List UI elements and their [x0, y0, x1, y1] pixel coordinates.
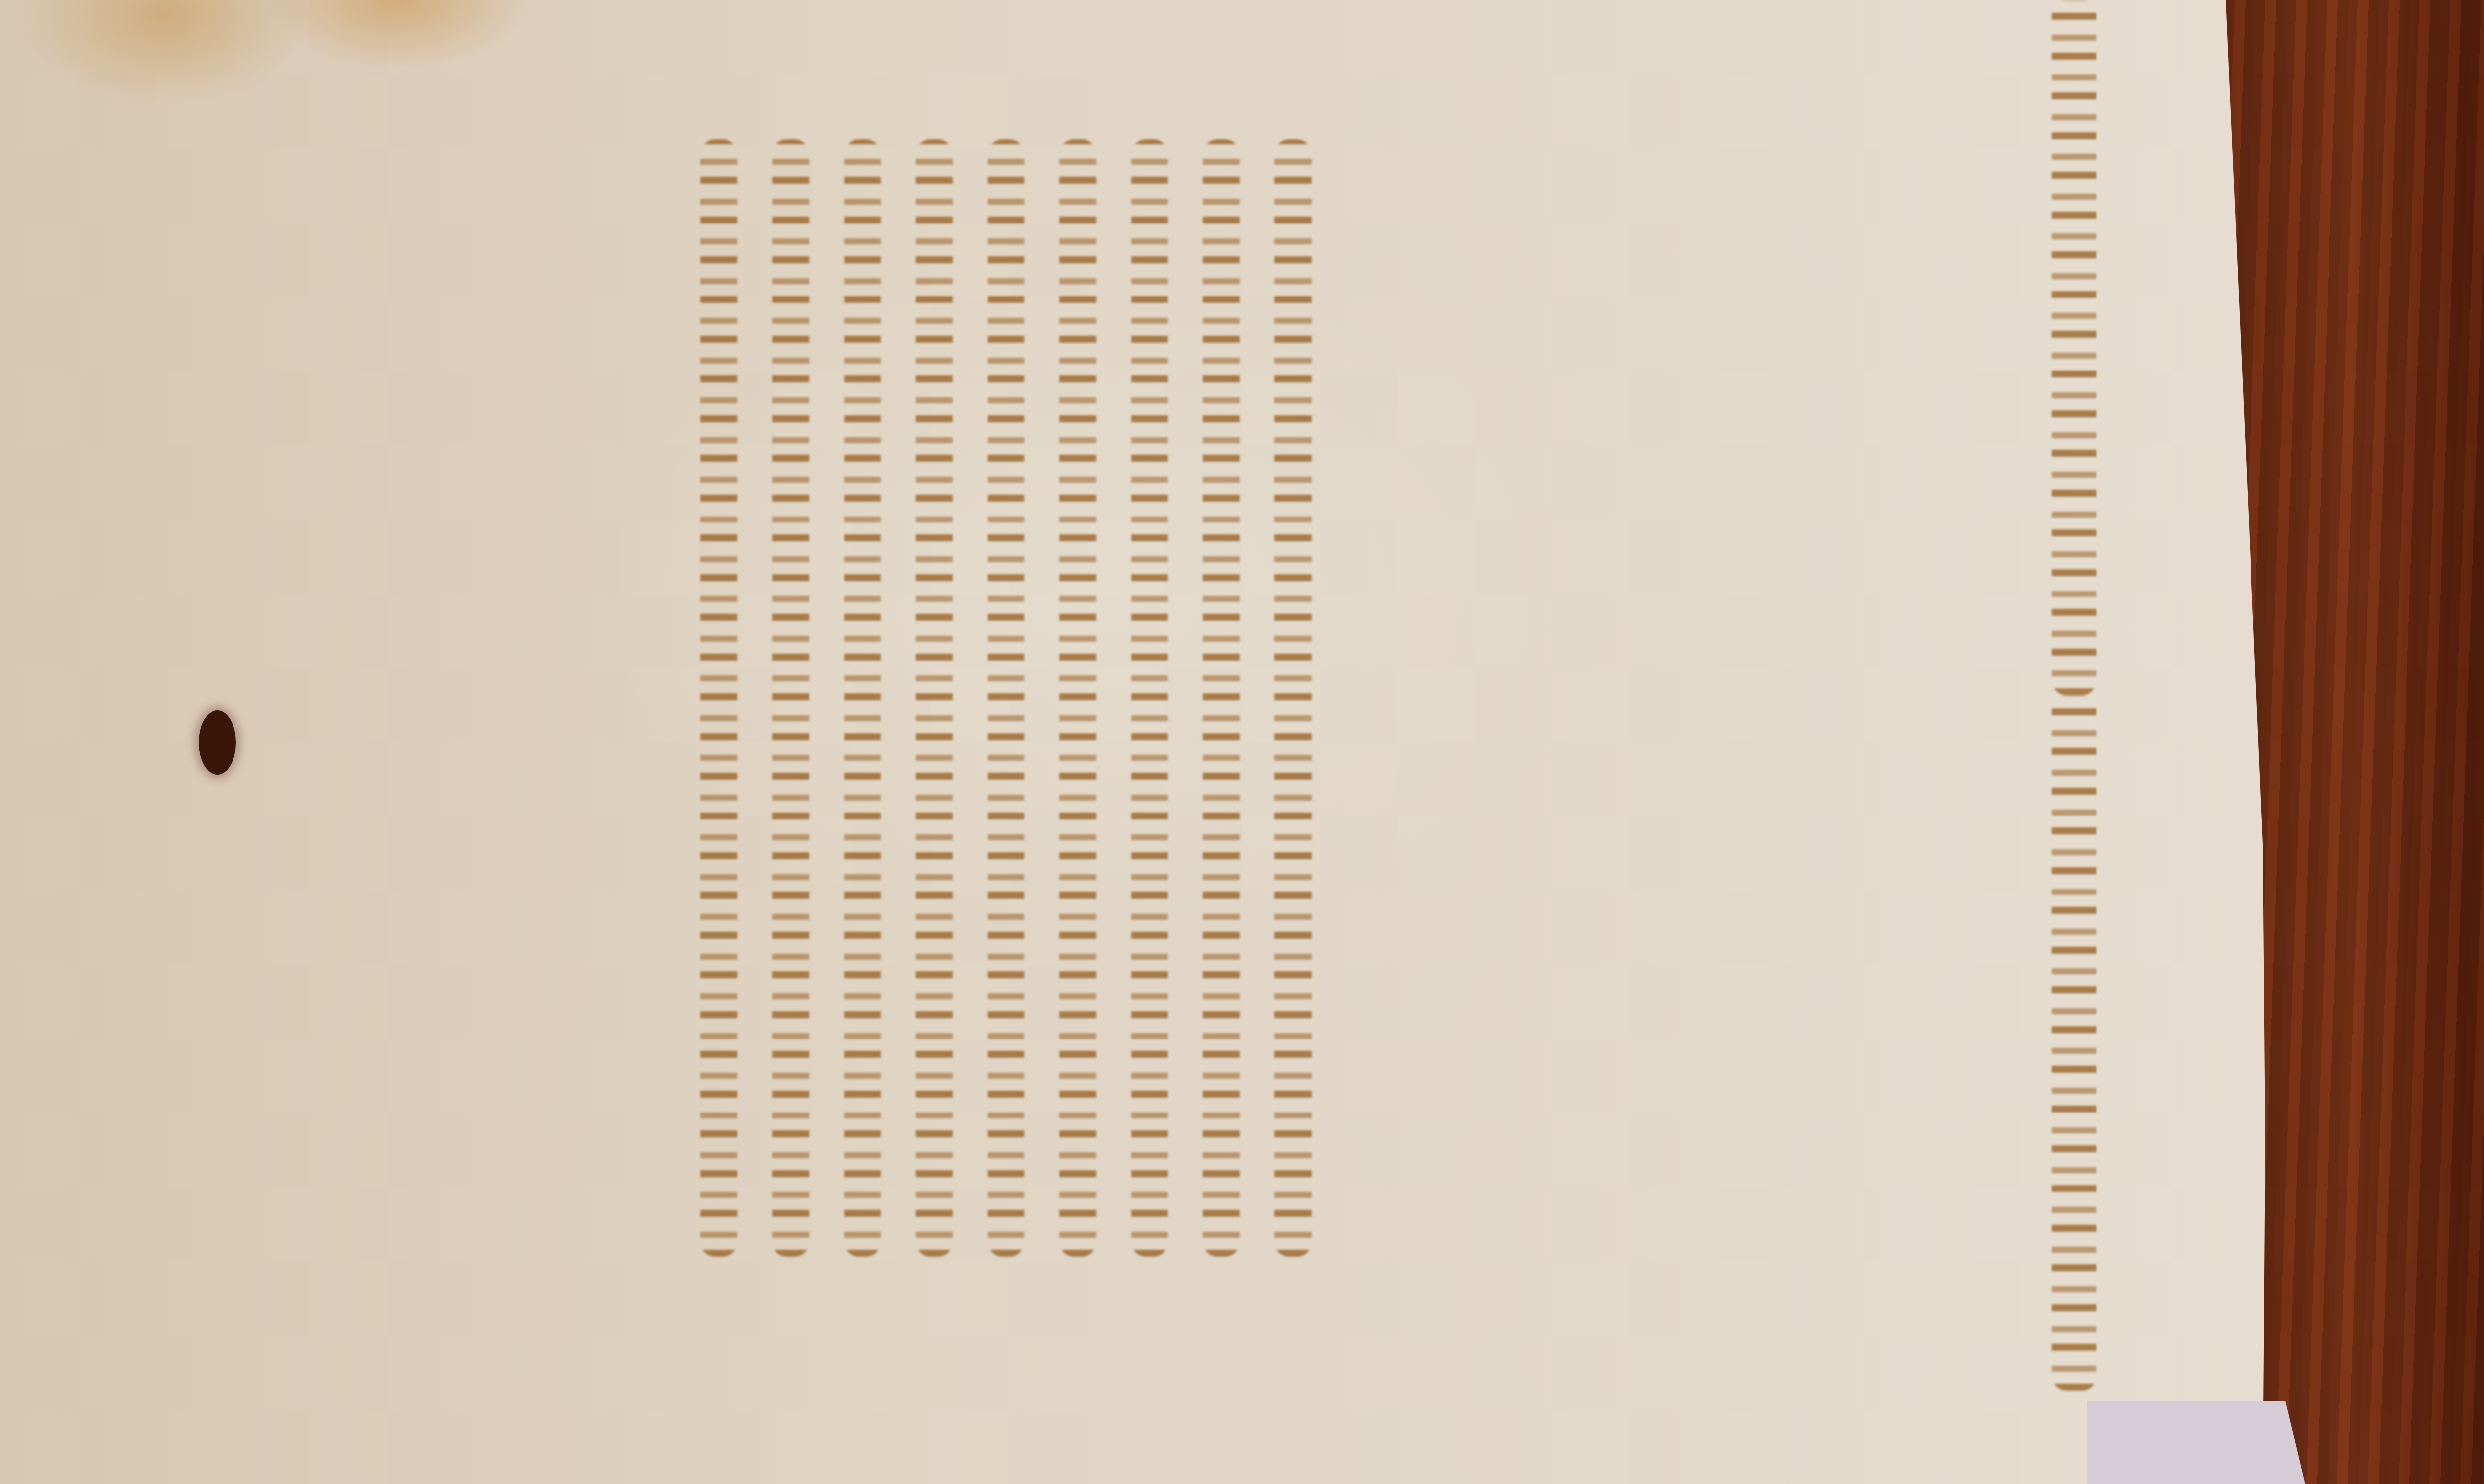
main-handwritten-text: line 1 (illegible) line 2 (illegible) li… [686, 139, 1331, 1257]
handwritten-line: line 4 (illegible) [901, 139, 972, 1257]
handwritten-line: line 6 (illegible) [1044, 139, 1116, 1257]
margin-handwritten-text: margin line 1 (illegible) margin line 2 … [2037, 0, 2226, 1391]
margin-line: margin line 2 (illegible) [2037, 0, 2116, 695]
handwritten-line: line 5 (illegible) [973, 139, 1044, 1257]
handwritten-line: line 9 (illegible) [1260, 139, 1331, 1257]
underlying-sheet [2087, 1401, 2305, 1484]
handwritten-line: line 2 (illegible) [757, 139, 829, 1257]
handwritten-line: line 8 (illegible) [1188, 139, 1259, 1257]
manuscript-page: line 1 (illegible) line 2 (illegible) li… [0, 0, 2265, 1484]
margin-line: margin line 1 (illegible) [2037, 695, 2116, 1391]
paper-hole [199, 710, 236, 775]
handwritten-line: line 7 (illegible) [1116, 139, 1188, 1257]
handwritten-line: line 1 (illegible) [686, 139, 757, 1257]
handwritten-line: line 3 (illegible) [829, 139, 901, 1257]
